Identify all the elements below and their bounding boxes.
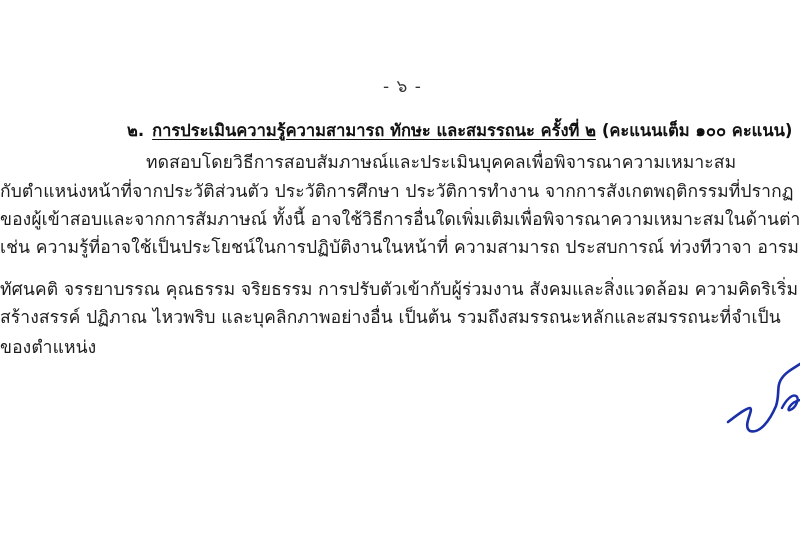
section-number: ๒. bbox=[127, 121, 144, 140]
score-note: (คะแนนเต็ม ๑๐๐ คะแนน) bbox=[602, 121, 793, 140]
body-line: เช่น ความรู้ที่อาจใช้เป็นประโยชน์ในการปฏ… bbox=[0, 233, 800, 261]
body-line: ของผู้เข้าสอบและจากการสัมภาษณ์ ทั้งนี้ อ… bbox=[0, 205, 800, 233]
handwritten-signature-icon bbox=[720, 350, 800, 435]
section-heading: ๒.การประเมินความรู้ความสามารถ ทักษะ และส… bbox=[127, 118, 792, 144]
section-title: การประเมินความรู้ความสามารถ ทักษะ และสมร… bbox=[152, 121, 596, 140]
body-line: สร้างสรรค์ ปฏิภาณ ไหวพริบ และบุคลิกภาพอย… bbox=[0, 303, 781, 331]
body-line: ทดสอบโดยวิธีการสอบสัมภาษณ์และประเมินบุคค… bbox=[146, 148, 736, 176]
page-number: - ๖ - bbox=[383, 73, 422, 100]
body-line: ของตำแหน่ง bbox=[0, 333, 96, 361]
body-line: ทัศนคติ จรรยาบรรณ คุณธรรม จริยธรรม การปร… bbox=[0, 275, 798, 303]
body-line: กับตำแหน่งหน้าที่จากประวัติส่วนตัว ประวั… bbox=[0, 177, 794, 205]
